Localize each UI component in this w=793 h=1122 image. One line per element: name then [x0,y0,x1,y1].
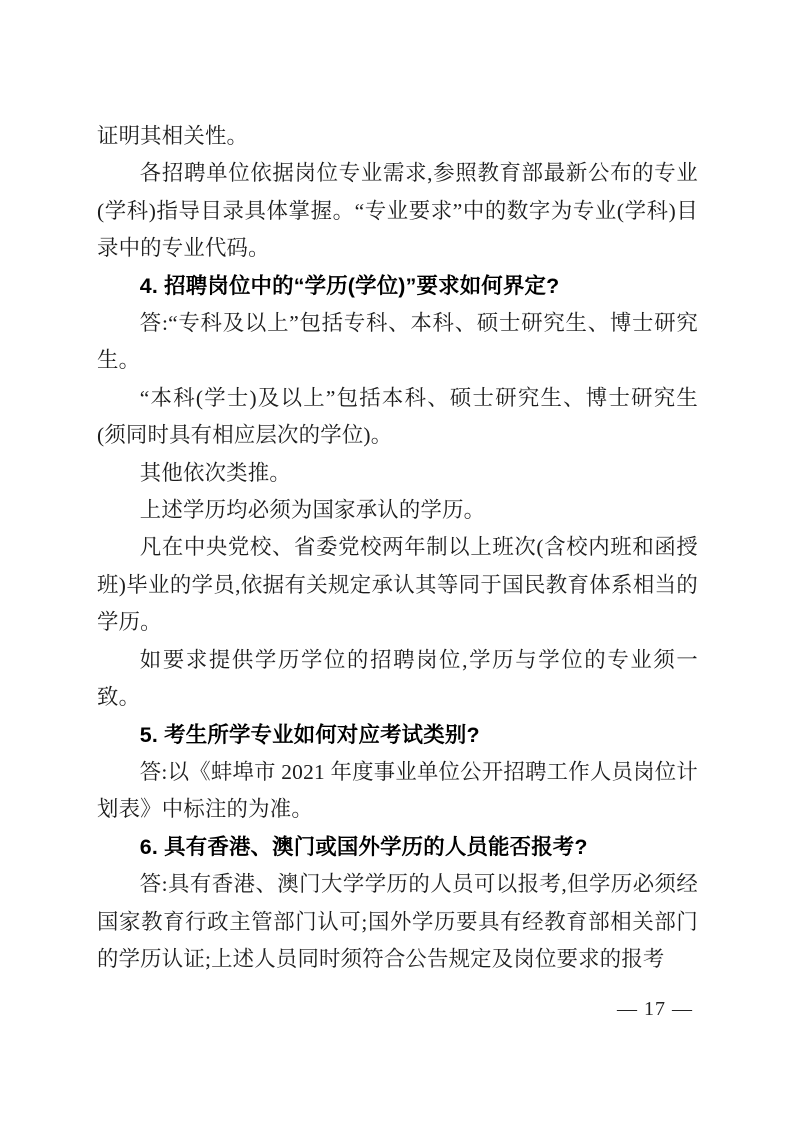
paragraph: 答:以《蚌埠市 2021 年度事业单位公开招聘工作人员岗位计划表》中标注的为准。 [97,754,698,829]
paragraph: 其他依次类推。 [97,455,698,492]
paragraph: 上述学历均必须为国家承认的学历。 [97,492,698,529]
paragraph: “本科(学士)及以上”包括本科、硕士研究生、博士研究生(须同时具有相应层次的学位… [97,380,698,455]
document-content: 证明其相关性。各招聘单位依据岗位专业需求,参照教育部最新公布的专业(学科)指导目… [97,118,698,978]
faq-question-heading: 4. 招聘岗位中的“学历(学位)”要求如何界定? [97,268,698,305]
document-page: 证明其相关性。各招聘单位依据岗位专业需求,参照教育部最新公布的专业(学科)指导目… [0,0,793,1122]
paragraph: 凡在中央党校、省委党校两年制以上班次(含校内班和函授班)毕业的学员,依据有关规定… [97,529,698,641]
paragraph: 如要求提供学历学位的招聘岗位,学历与学位的专业须一致。 [97,642,698,717]
paragraph: 答:具有香港、澳门大学学历的人员可以报考,但学历必须经国家教育行政主管部门认可;… [97,866,698,978]
faq-question-heading: 5. 考生所学专业如何对应考试类别? [97,717,698,754]
page-number: — 17 — [607,998,703,1021]
paragraph: 各招聘单位依据岗位专业需求,参照教育部最新公布的专业(学科)指导目录具体掌握。“… [97,155,698,267]
faq-question-heading: 6. 具有香港、澳门或国外学历的人员能否报考? [97,829,698,866]
paragraph: 答:“专科及以上”包括专科、本科、硕士研究生、博士研究生。 [97,305,698,380]
paragraph: 证明其相关性。 [97,118,698,155]
